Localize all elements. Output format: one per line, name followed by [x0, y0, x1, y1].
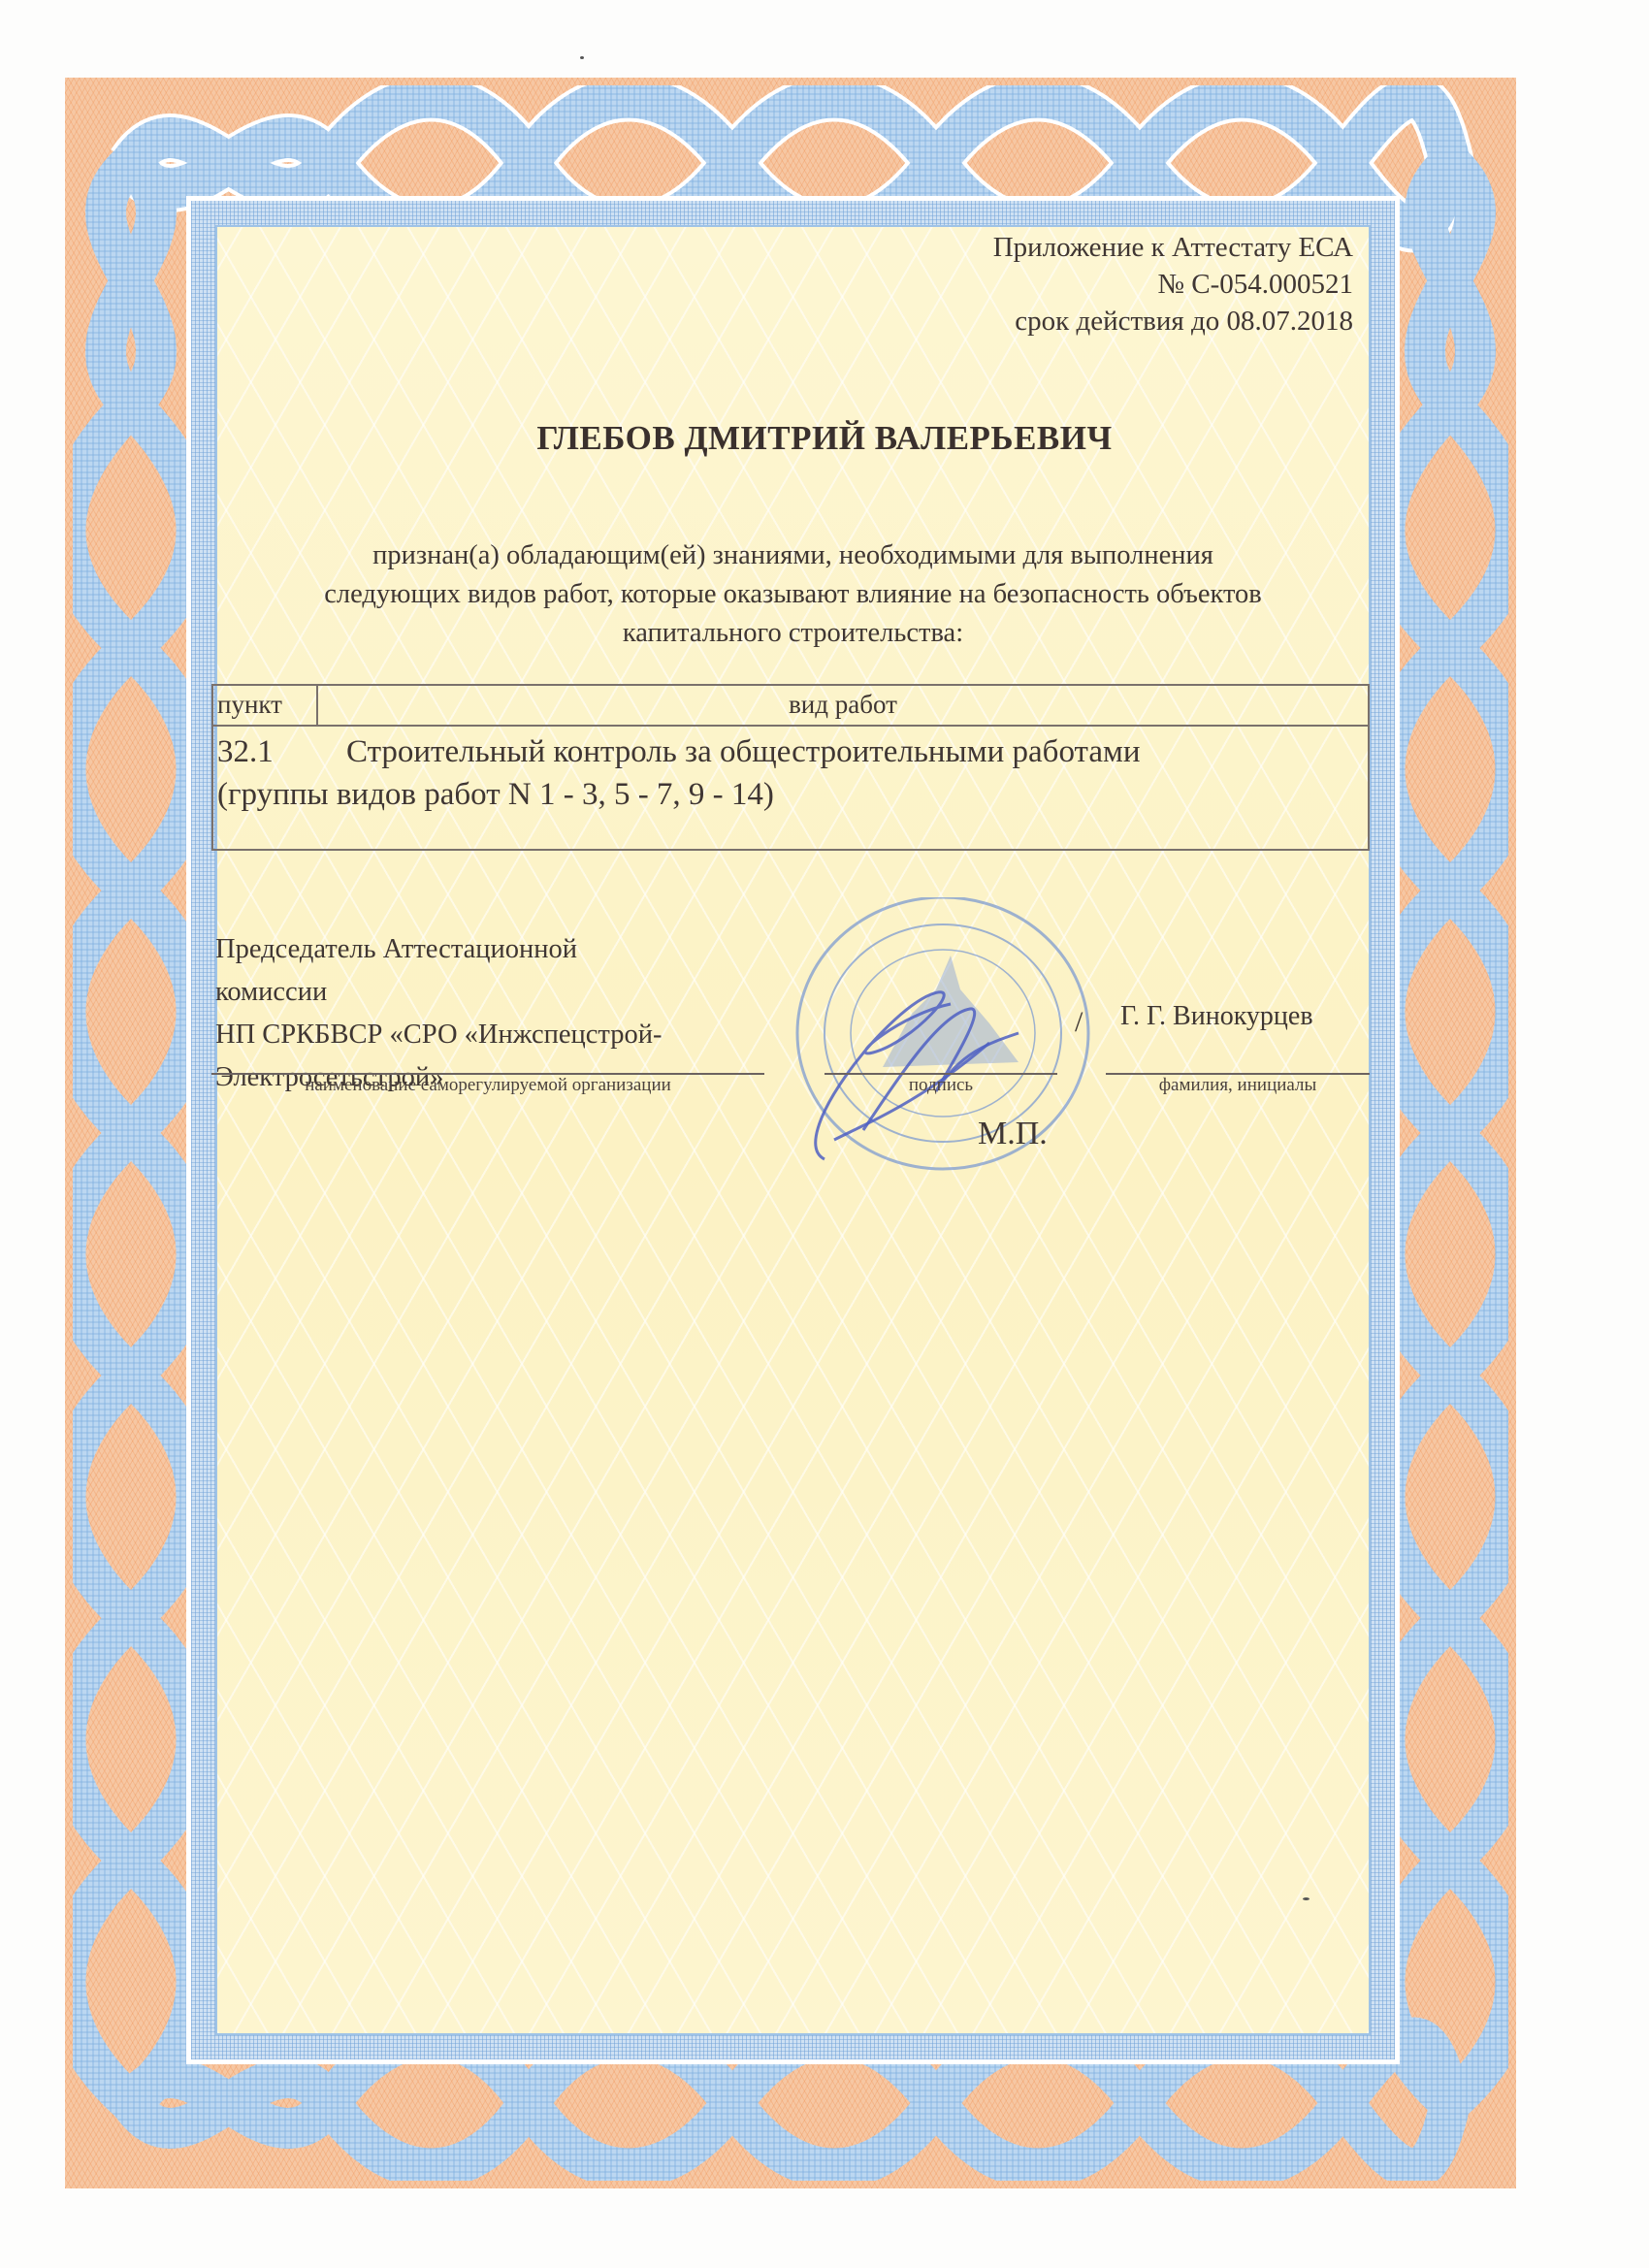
column-header-point: пункт	[217, 690, 314, 720]
attachment-title: Приложение к Аттестату ЕСА	[993, 229, 1353, 266]
table-header: пункт вид работ	[213, 686, 1368, 727]
work-description: Строительный контроль за общестроительны…	[346, 734, 1141, 769]
caption-signature: подпись	[824, 1075, 1057, 1096]
work-groups: (группы видов работ N 1 - 3, 5 - 7, 9 - …	[217, 773, 1368, 816]
works-table: пункт вид работ 32.1Строительный контрол…	[211, 684, 1370, 851]
intro-line: признан(а) обладающим(ей) знаниями, необ…	[213, 536, 1373, 575]
intro-paragraph: признан(а) обладающим(ей) знаниями, необ…	[213, 536, 1373, 653]
table-row: 32.1Строительный контроль за общестроите…	[217, 730, 1368, 816]
intro-line: следующих видов работ, которые оказывают…	[213, 575, 1373, 614]
scan-speck	[1303, 1897, 1309, 1900]
organization-name: НП СРКБВСР «СРО «Инжспецстрой-	[215, 1014, 662, 1056]
signatory-role: Председатель Аттестационной	[215, 928, 662, 971]
person-full-name: ГЛЕБОВ ДМИТРИЙ ВАЛЕРЬЕВИЧ	[0, 419, 1649, 458]
caption-organization: наименование саморегулируемой организаци…	[211, 1075, 764, 1096]
caption-name: фамилия, инициалы	[1106, 1075, 1370, 1096]
validity-date: срок действия до 08.07.2018	[993, 303, 1353, 340]
signature-separator: /	[1075, 1006, 1083, 1039]
seal-stamp-with-signature	[766, 897, 1106, 1179]
attestat-number: № С-054.000521	[993, 266, 1353, 303]
column-header-work-type: вид работ	[318, 690, 1368, 720]
seal-place-mark: М.П.	[978, 1116, 1048, 1152]
attestat-reference: Приложение к Аттестату ЕСА № С-054.00052…	[993, 229, 1353, 340]
signatory-role: комиссии	[215, 971, 662, 1014]
work-point-number: 32.1	[217, 730, 346, 773]
scan-speck	[580, 56, 584, 59]
signer-name: Г. Г. Винокурцев	[1120, 1001, 1313, 1032]
intro-line: капитального строительства:	[213, 614, 1373, 653]
